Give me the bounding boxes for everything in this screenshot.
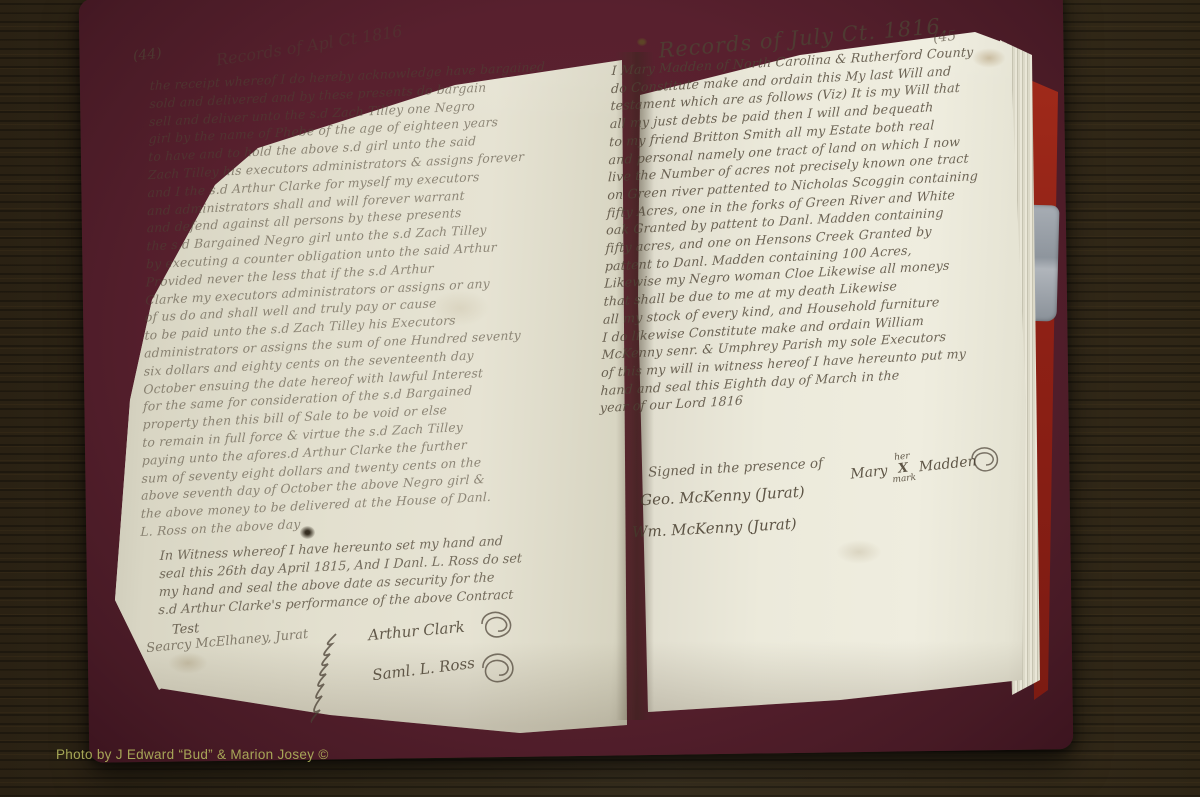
foxing-stain bbox=[168, 652, 208, 674]
debris-speck bbox=[637, 38, 647, 46]
her-mark: her X mark bbox=[890, 452, 917, 485]
attest-label: Test bbox=[172, 621, 200, 637]
foxing-stain bbox=[972, 48, 1006, 68]
foxing-stain bbox=[836, 540, 882, 564]
pen-flourish-icon bbox=[298, 632, 358, 724]
seal-flourish-icon bbox=[476, 648, 520, 688]
testator-first-name: Mary bbox=[850, 462, 889, 482]
left-page-number: (44) bbox=[132, 46, 162, 65]
left-page-body: the receipt whereof I do hereby acknowle… bbox=[140, 58, 557, 542]
right-page-body: I Mary Madden of North Carolina & Ruther… bbox=[600, 41, 1014, 417]
seal-flourish-icon bbox=[476, 606, 518, 642]
ink-blot bbox=[300, 526, 315, 539]
photographer-watermark: Photo by J Edward “Bud” & Marion Josey © bbox=[56, 747, 329, 762]
foxing-stain bbox=[430, 290, 490, 326]
seal-flourish-icon bbox=[966, 442, 1004, 476]
photo-scene: (44) Records of Apl Ct 1816 the receipt … bbox=[0, 0, 1200, 797]
